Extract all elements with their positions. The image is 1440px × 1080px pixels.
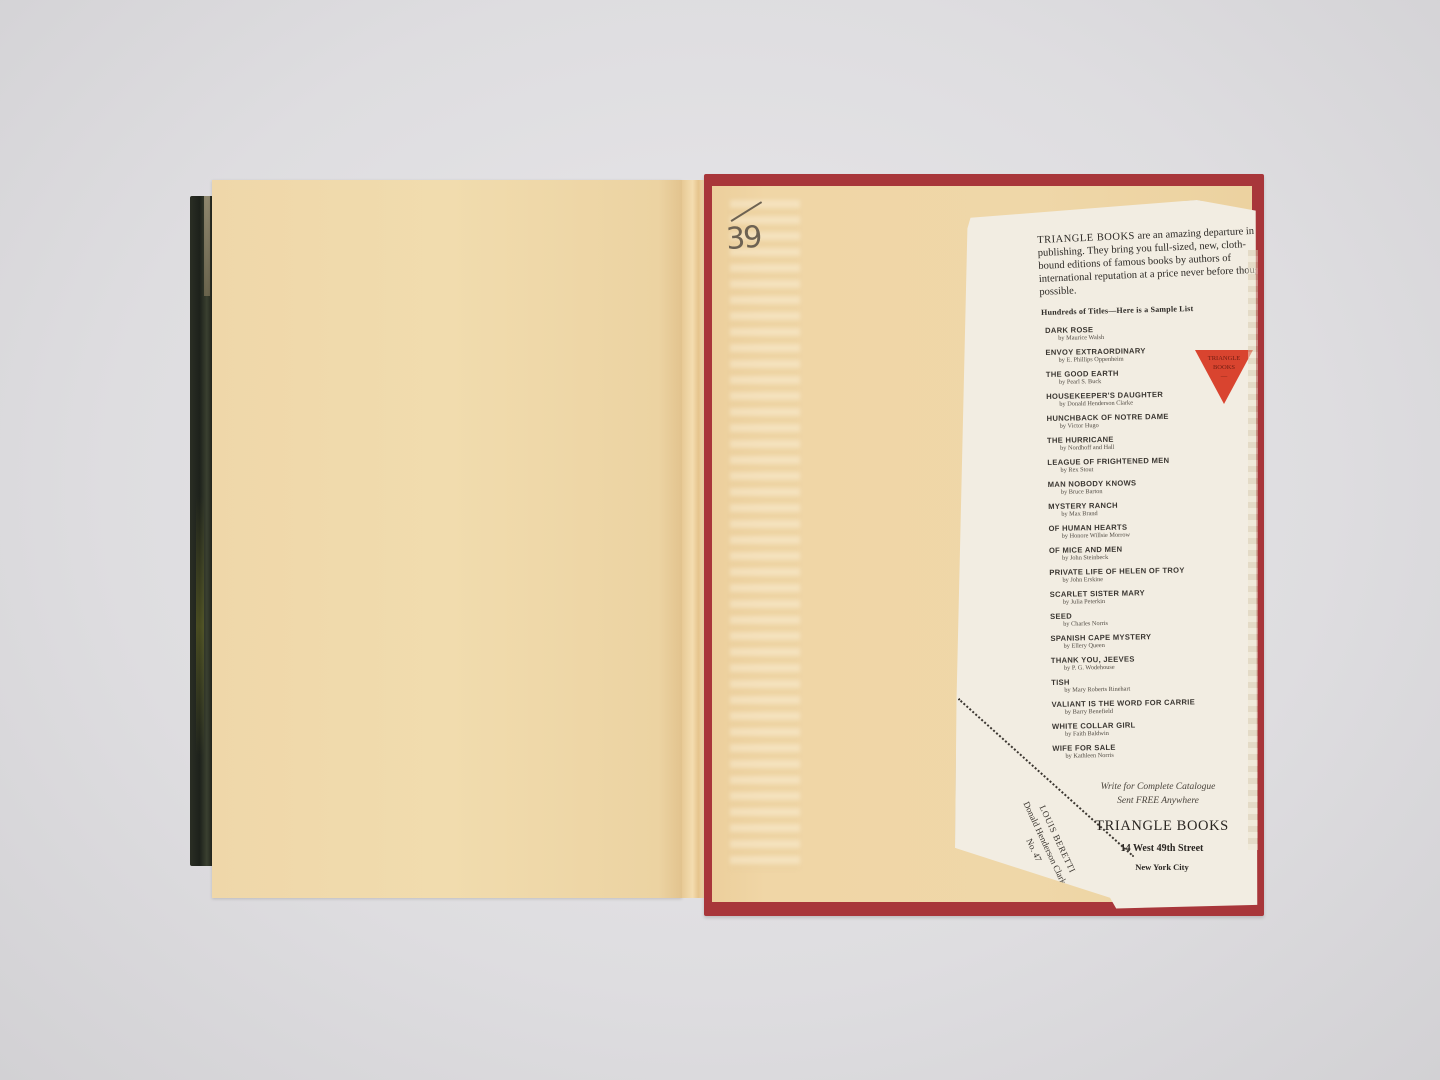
logo-line: TRIANGLE <box>1195 354 1253 363</box>
dust-jacket-flap: TRIANGLE BOOKS are an amazing departure … <box>955 200 1265 912</box>
left-endpaper <box>212 180 682 898</box>
water-stain <box>730 200 800 870</box>
sample-list-heading: Hundreds of Titles—Here is a Sample List <box>1041 304 1193 317</box>
publisher-address: 14 West 49th Street New York City <box>1067 840 1257 876</box>
pencil-inscription: 39 <box>724 198 789 272</box>
catalogue-note: Write for Complete Catalogue Sent FREE A… <box>1063 780 1253 808</box>
flap-intro: TRIANGLE BOOKS are an amazing departure … <box>1037 224 1270 299</box>
publisher-city: New York City <box>1067 858 1257 876</box>
flap-torn-edge <box>1248 250 1258 850</box>
publisher-street: 14 West 49th Street <box>1121 843 1204 854</box>
catalogue-line-1: Write for Complete Catalogue <box>1063 780 1253 794</box>
book-spine <box>190 196 214 866</box>
list-item: Wife for Saleby Kathleen Norris <box>1052 740 1252 765</box>
catalogue-line-2: Sent FREE Anywhere <box>1063 794 1253 808</box>
pencil-number: 39 <box>725 220 762 257</box>
